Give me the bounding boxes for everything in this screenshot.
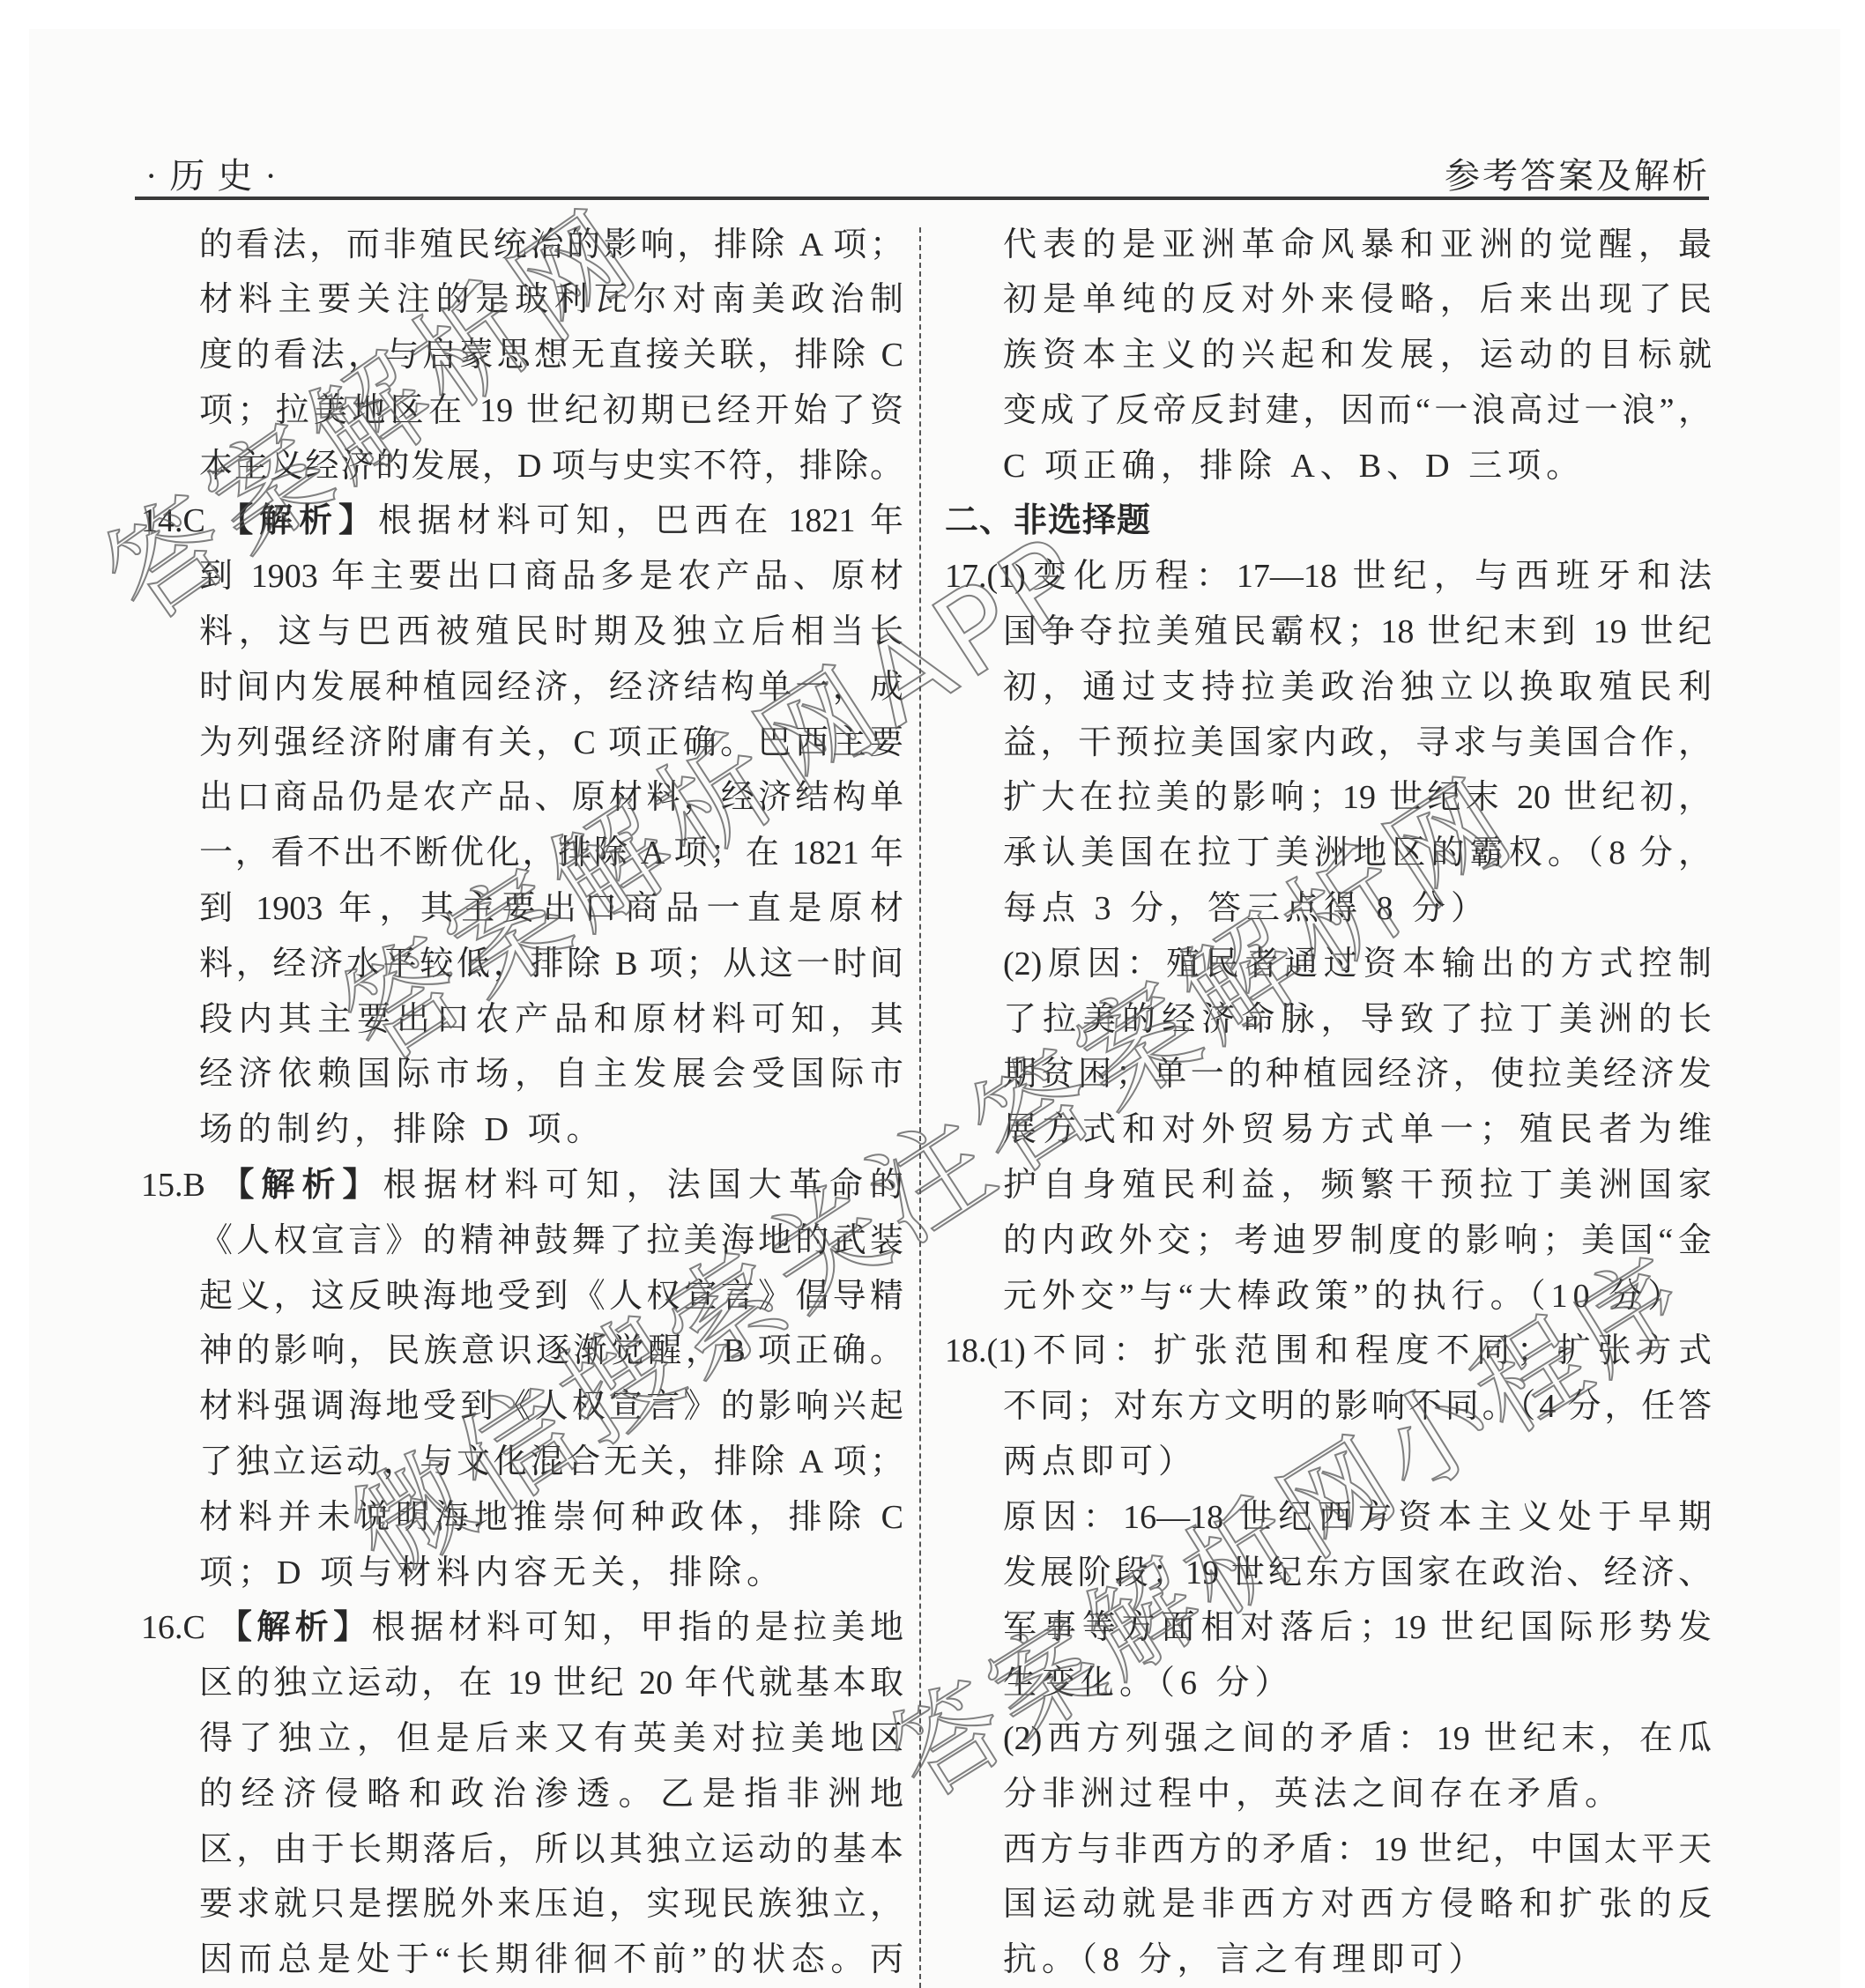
text-line: 分非洲过程中，英法之间存在矛盾。	[1003, 1767, 1712, 1822]
text-line: (2)原因：殖民者通过资本输出的方式控制	[1003, 937, 1712, 992]
text-line: 发展阶段；19 世纪东方国家在政治、经济、	[1003, 1546, 1712, 1601]
text-line: 生变化。（6 分）	[1003, 1656, 1712, 1711]
text-line: 时间内发展种植园经济，经济结构单一，成	[199, 660, 903, 716]
text-line: 了拉美的经济命脉，导致了拉丁美洲的长	[1003, 992, 1712, 1048]
text-line: 材料并未说明海地推崇何种政体，排除 C	[199, 1490, 903, 1546]
text-line: 元外交”与“大棒政策”的执行。（10 分）	[1003, 1269, 1712, 1324]
text-line: 的内政外交；考迪罗制度的影响；美国“金	[1003, 1213, 1712, 1269]
text-line: 扩大在拉美的影响；19 世纪末 20 世纪初，	[1003, 770, 1712, 826]
text-line: 国争夺拉美殖民霸权；18 世纪末到 19 世纪	[1003, 605, 1712, 660]
text-line: 起义，这反映海地受到《人权宣言》倡导精	[199, 1269, 903, 1324]
text-line: 本主义经济的发展，D 项与史实不符，排除。	[199, 439, 903, 494]
text-line: 料，经济水平较低，排除 B 项；从这一时间	[199, 937, 903, 992]
text-line: 段内其主要出口农产品和原材料可知，其	[199, 992, 903, 1048]
text-line: 了独立运动，与文化混合无关，排除 A 项；	[199, 1435, 903, 1490]
text-line: 国运动就是非西方对西方侵略和扩张的反	[1003, 1877, 1712, 1932]
text-span: 根据材料可知，甲指的是拉美地	[372, 1609, 903, 1646]
text-line: 军事等方面相对落后；19 世纪国际形势发	[1003, 1600, 1712, 1656]
text-line: 西方与非西方的矛盾：19 世纪，中国太平天	[1003, 1822, 1712, 1878]
left-column: 的看法，而非殖民统治的影响，排除 A 项； 材料主要关注的是玻利瓦尔对南美政治制…	[141, 218, 903, 1988]
question-number: 17.	[945, 558, 987, 595]
text-line: 料，这与巴西被殖民时期及独立后相当长	[199, 605, 903, 660]
text-line: 出口商品仍是农产品、原材料，经济结构单	[199, 770, 903, 826]
text-line: 材料主要关注的是玻利瓦尔对南美政治制	[199, 272, 903, 328]
question-17-first-line: 17.(1)变化历程：17—18 世纪，与西班牙和法	[945, 549, 1712, 605]
text-line: 两点即可）	[1003, 1435, 1712, 1490]
text-line: 抗。（8 分，言之有理即可）	[1003, 1932, 1712, 1988]
text-line: 变成了反帝反封建，因而“一浪高过一浪”，	[1003, 383, 1712, 439]
column-divider	[919, 227, 921, 1988]
text-line: C 项正确，排除 A、B、D 三项。	[1003, 439, 1712, 494]
text-line: 展方式和对外贸易方式单一；殖民者为维	[1003, 1102, 1712, 1158]
section-heading: 二、非选择题	[945, 493, 1712, 549]
text-line: 的经济侵略和政治渗透。乙是指非洲地	[199, 1767, 903, 1822]
text-line: 因而总是处于“长期徘徊不前”的状态。丙	[199, 1932, 903, 1988]
question-number: 16.C	[141, 1609, 219, 1646]
text-span: (1)变化历程：17—18 世纪，与西班牙和法	[987, 558, 1713, 595]
text-line: (2)西方列强之间的矛盾：19 世纪末，在瓜	[1003, 1711, 1712, 1767]
text-line: 一，看不出不断优化，排除 A 项；在 1821 年	[199, 826, 903, 881]
text-line: 得了独立，但是后来又有英美对拉美地区	[199, 1711, 903, 1767]
text-line: 要求就只是摆脱外来压迫，实现民族独立，	[199, 1877, 903, 1932]
text-line: 《人权宣言》的精神鼓舞了拉美海地的武装	[199, 1213, 903, 1269]
text-line: 承认美国在拉丁美洲地区的霸权。（8 分，	[1003, 826, 1712, 881]
question-14-first-line: 14.C 【解析】根据材料可知，巴西在 1821 年	[141, 493, 903, 549]
question-15-first-line: 15.B 【解析】根据材料可知，法国大革命的	[141, 1158, 903, 1213]
text-line: 经济依赖国际市场，自主发展会受国际市	[199, 1047, 903, 1102]
text-line: 场的制约，排除 D 项。	[199, 1102, 903, 1158]
text-line: 为列强经济附庸有关，C 项正确。巴西主要	[199, 716, 903, 771]
analysis-tag: 【解析】	[219, 1609, 372, 1646]
text-span: (1)不同：扩张范围和程度不同；扩张方式	[987, 1332, 1713, 1369]
question-number: 14.C	[141, 502, 219, 539]
text-span: 根据材料可知，法国大革命的	[383, 1167, 903, 1204]
text-line: 代表的是亚洲革命风暴和亚洲的觉醒，最	[1003, 218, 1712, 273]
text-line: 族资本主义的兴起和发展，运动的目标就	[1003, 328, 1712, 383]
question-number: 18.	[945, 1332, 987, 1369]
text-line: 到 1903 年，其主要出口商品一直是原材	[199, 881, 903, 937]
text-line: 项；拉美地区在 19 世纪初期已经开始了资	[199, 383, 903, 439]
question-18-first-line: 18.(1)不同：扩张范围和程度不同；扩张方式	[945, 1324, 1712, 1379]
text-line: 材料强调海地受到《人权宣言》的影响兴起	[199, 1379, 903, 1435]
text-line: 的看法，而非殖民统治的影响，排除 A 项；	[199, 218, 903, 273]
text-line: 原因：16—18 世纪西方资本主义处于早期	[1003, 1490, 1712, 1546]
text-line: 区，由于长期落后，所以其独立运动的基本	[199, 1822, 903, 1878]
header-rule	[135, 197, 1709, 200]
subject-label: ·历史·	[145, 154, 289, 198]
text-line: 初，通过支持拉美政治独立以换取殖民利	[1003, 660, 1712, 716]
text-line: 每点 3 分，答三点得 8 分）	[1003, 881, 1712, 937]
page-title: 参考答案及解析	[1445, 154, 1710, 198]
text-line: 区的独立运动，在 19 世纪 20 年代就基本取	[199, 1656, 903, 1711]
text-line: 期贫困；单一的种植园经济，使拉美经济发	[1003, 1047, 1712, 1102]
text-line: 不同；对东方文明的影响不同。（4 分，任答	[1003, 1379, 1712, 1435]
text-line: 初是单纯的反对外来侵略，后来出现了民	[1003, 272, 1712, 328]
question-number: 15.B	[141, 1167, 220, 1204]
text-line: 到 1903 年主要出口商品多是农产品、原材	[199, 549, 903, 605]
text-line: 度的看法，与启蒙思想无直接关联，排除 C	[199, 328, 903, 383]
analysis-tag: 【解析】	[220, 1167, 383, 1204]
analysis-tag: 【解析】	[219, 502, 378, 539]
text-line: 护自身殖民利益，频繁干预拉丁美洲国家	[1003, 1158, 1712, 1213]
text-line: 神的影响，民族意识逐渐觉醒，B 项正确。	[199, 1324, 903, 1379]
question-16-first-line: 16.C 【解析】根据材料可知，甲指的是拉美地	[141, 1600, 903, 1656]
text-line: 益，干预拉美国家内政，寻求与美国合作，	[1003, 716, 1712, 771]
right-column: 代表的是亚洲革命风暴和亚洲的觉醒，最 初是单纯的反对外来侵略，后来出现了民 族资…	[945, 218, 1712, 1988]
text-line: 项；D 项与材料内容无关，排除。	[199, 1546, 903, 1601]
text-span: 根据材料可知，巴西在 1821 年	[378, 502, 903, 539]
